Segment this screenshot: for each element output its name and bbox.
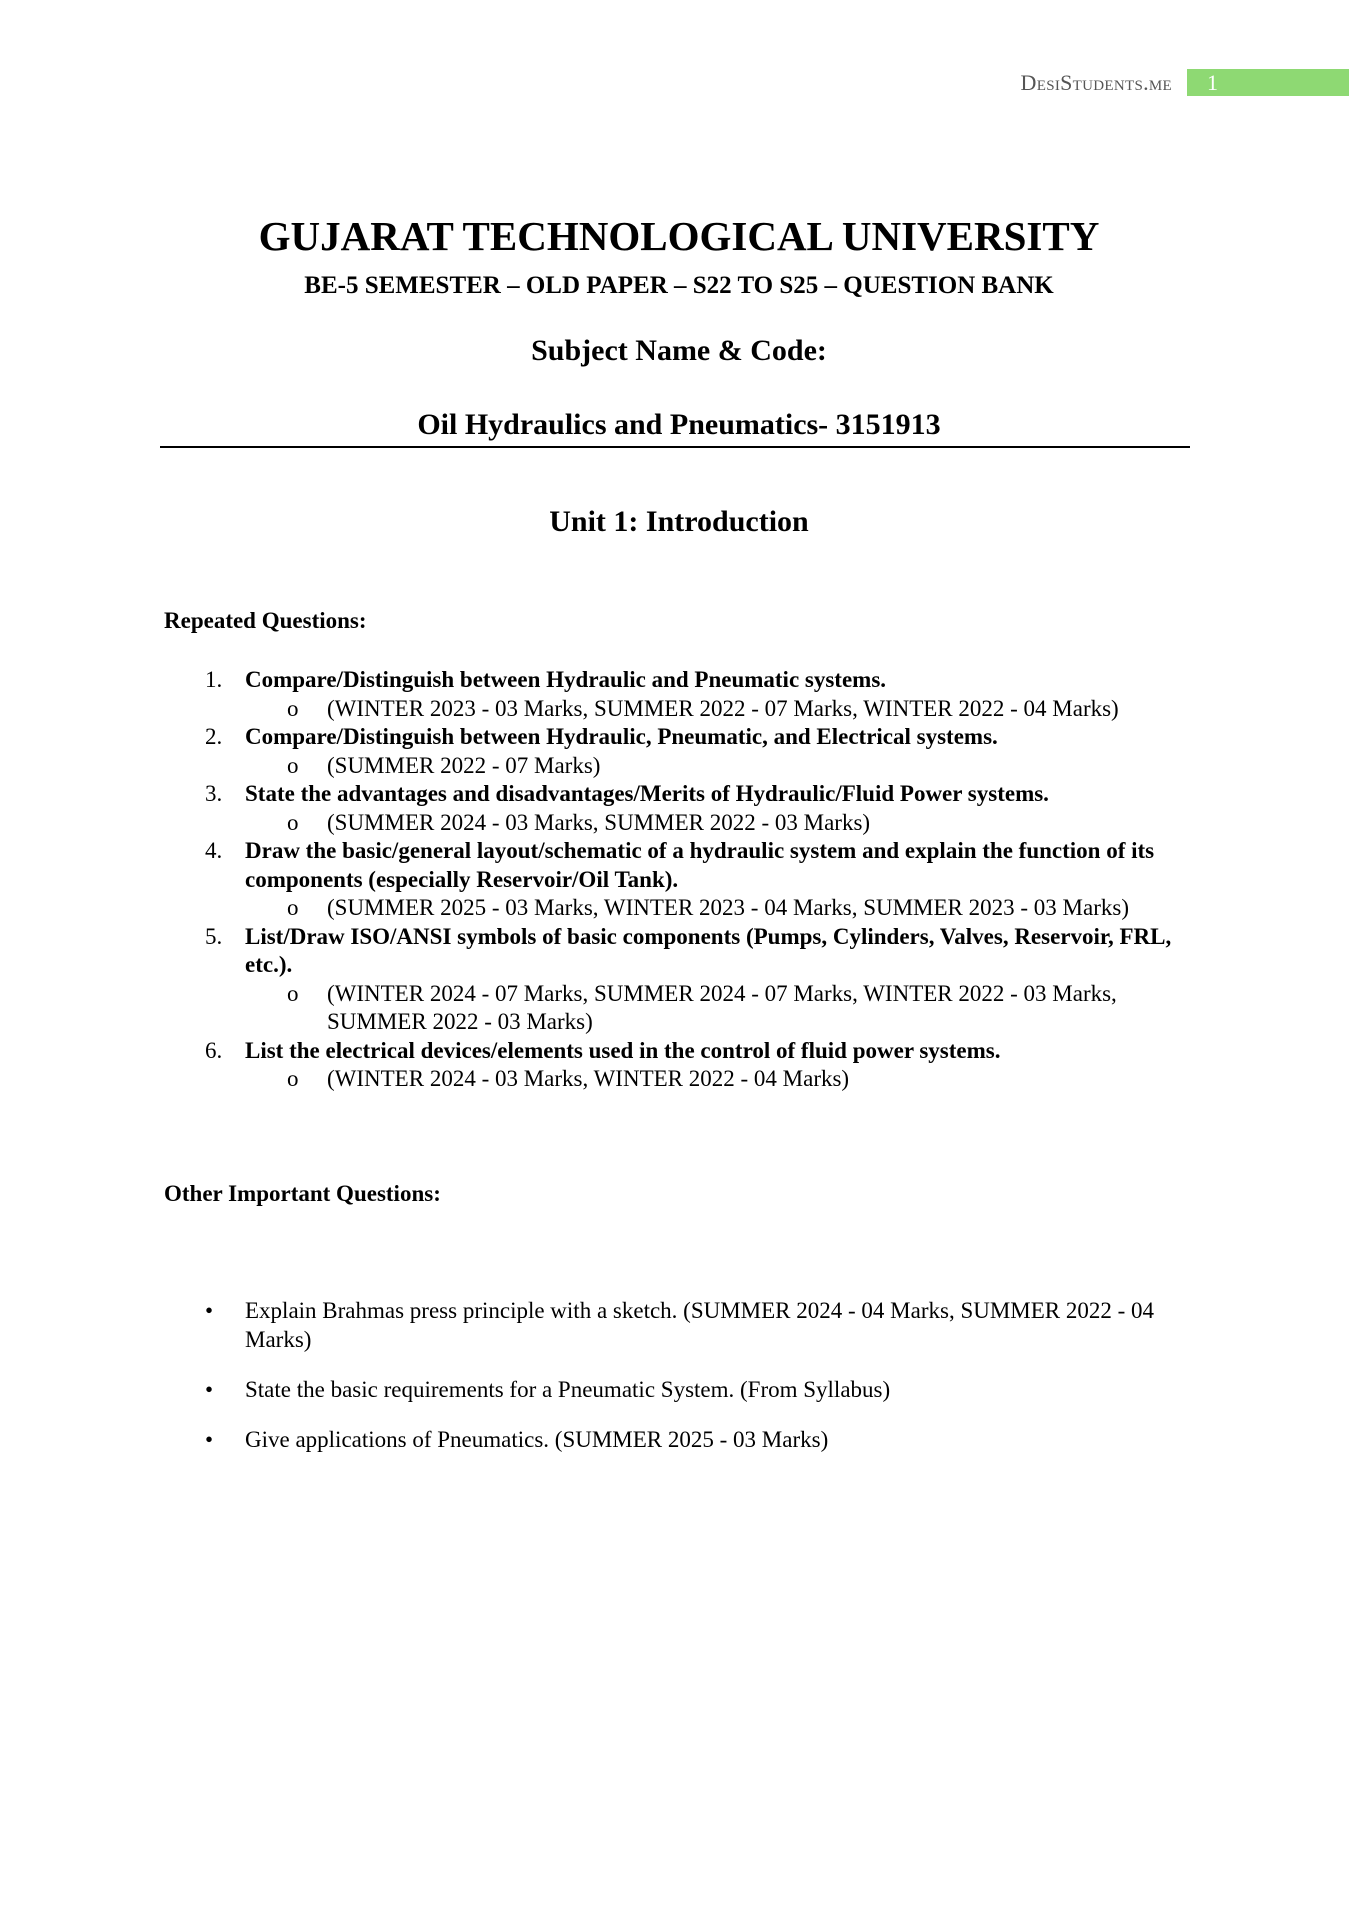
question-item: 2. Compare/Distinguish between Hydraulic… <box>164 723 1204 752</box>
question-item: 1. Compare/Distinguish between Hydraulic… <box>164 666 1204 695</box>
question-number: 1. <box>205 666 222 695</box>
circle-bullet-icon: o <box>287 980 299 1009</box>
circle-bullet-icon: o <box>287 1065 299 1094</box>
other-questions-list: • Explain Brahmas press principle with a… <box>164 1296 1204 1475</box>
bullet-icon: • <box>205 1425 213 1454</box>
question-text: Draw the basic/general layout/schematic … <box>245 837 1204 894</box>
bullet-icon: • <box>205 1375 213 1404</box>
list-item-text: Give applications of Pneumatics. (SUMMER… <box>245 1427 828 1452</box>
subject-label: Subject Name & Code: <box>0 334 1358 368</box>
list-item-text: State the basic requirements for a Pneum… <box>245 1377 890 1402</box>
other-questions-heading: Other Important Questions: <box>164 1181 441 1207</box>
question-item: 5. List/Draw ISO/ANSI symbols of basic c… <box>164 923 1204 980</box>
unit-title: Unit 1: Introduction <box>0 505 1358 539</box>
circle-bullet-icon: o <box>287 752 299 781</box>
question-marks: o (WINTER 2023 - 03 Marks, SUMMER 2022 -… <box>164 695 1204 724</box>
circle-bullet-icon: o <box>287 695 299 724</box>
document-subtitle: BE-5 SEMESTER – OLD PAPER – S22 TO S25 –… <box>0 272 1358 300</box>
list-item: • State the basic requirements for a Pne… <box>164 1375 1204 1404</box>
page-number-badge: 1 <box>1187 69 1349 96</box>
marks-text: (WINTER 2024 - 07 Marks, SUMMER 2024 - 0… <box>327 981 1117 1035</box>
list-item-text: Explain Brahmas press principle with a s… <box>245 1298 1154 1352</box>
question-number: 6. <box>205 1037 222 1066</box>
question-text: State the advantages and disadvantages/M… <box>245 780 1204 809</box>
question-number: 4. <box>205 837 222 866</box>
site-name: DesiStudents.me <box>1021 70 1172 96</box>
subject-name-code: Oil Hydraulics and Pneumatics- 3151913 <box>0 408 1358 442</box>
question-number: 2. <box>205 723 222 752</box>
question-marks: o (SUMMER 2025 - 03 Marks, WINTER 2023 -… <box>164 894 1204 923</box>
marks-text: (SUMMER 2022 - 07 Marks) <box>327 753 600 778</box>
question-text: List the electrical devices/elements use… <box>245 1037 1204 1066</box>
repeated-questions-heading: Repeated Questions: <box>164 608 367 634</box>
question-marks: o (WINTER 2024 - 07 Marks, SUMMER 2024 -… <box>164 980 1204 1037</box>
question-number: 5. <box>205 923 222 952</box>
bullet-icon: • <box>205 1296 213 1325</box>
circle-bullet-icon: o <box>287 894 299 923</box>
question-marks: o (WINTER 2024 - 03 Marks, WINTER 2022 -… <box>164 1065 1204 1094</box>
marks-text: (WINTER 2024 - 03 Marks, WINTER 2022 - 0… <box>327 1066 849 1091</box>
list-item: • Explain Brahmas press principle with a… <box>164 1296 1204 1354</box>
marks-text: (SUMMER 2024 - 03 Marks, SUMMER 2022 - 0… <box>327 810 870 835</box>
question-marks: o (SUMMER 2022 - 07 Marks) <box>164 752 1204 781</box>
question-item: 6. List the electrical devices/elements … <box>164 1037 1204 1066</box>
marks-text: (SUMMER 2025 - 03 Marks, WINTER 2023 - 0… <box>327 895 1129 920</box>
question-text: Compare/Distinguish between Hydraulic, P… <box>245 723 1204 752</box>
question-item: 4. Draw the basic/general layout/schemat… <box>164 837 1204 894</box>
circle-bullet-icon: o <box>287 809 299 838</box>
question-item: 3. State the advantages and disadvantage… <box>164 780 1204 809</box>
university-title: GUJARAT TECHNOLOGICAL UNIVERSITY <box>0 212 1358 260</box>
question-number: 3. <box>205 780 222 809</box>
repeated-questions-list: 1. Compare/Distinguish between Hydraulic… <box>164 666 1204 1094</box>
list-item: • Give applications of Pneumatics. (SUMM… <box>164 1425 1204 1454</box>
question-marks: o (SUMMER 2024 - 03 Marks, SUMMER 2022 -… <box>164 809 1204 838</box>
divider-rule <box>160 446 1190 448</box>
marks-text: (WINTER 2023 - 03 Marks, SUMMER 2022 - 0… <box>327 696 1119 721</box>
question-text: Compare/Distinguish between Hydraulic an… <box>245 666 1204 695</box>
question-text: List/Draw ISO/ANSI symbols of basic comp… <box>245 923 1204 980</box>
